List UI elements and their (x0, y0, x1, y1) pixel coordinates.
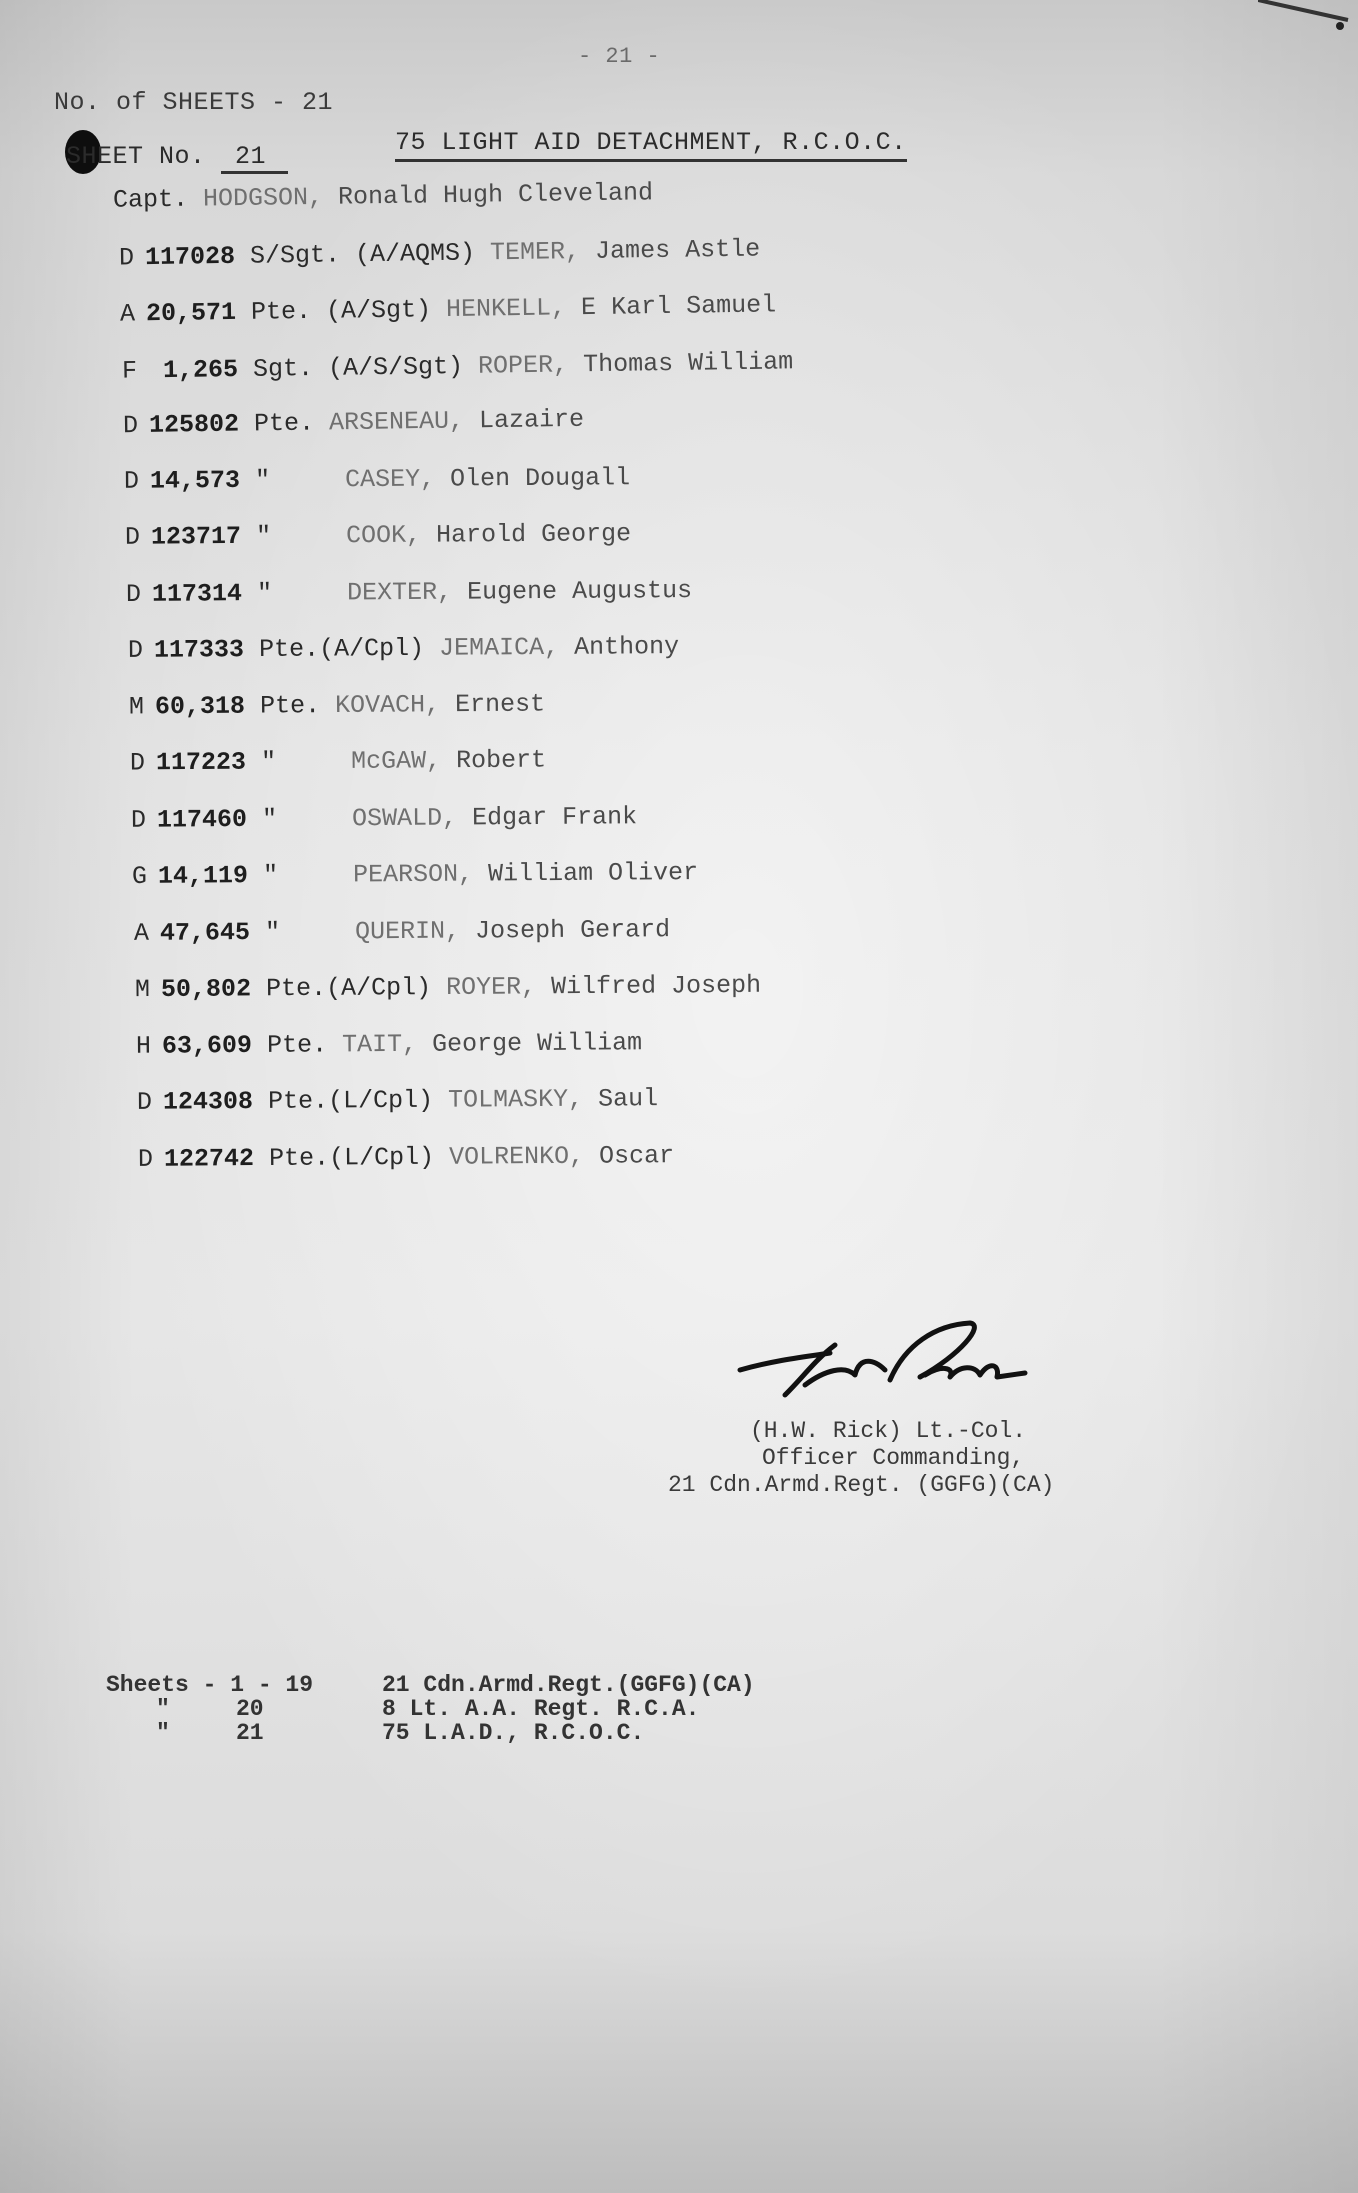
surname: ARSENEAU, (329, 406, 479, 437)
service-number: 60,318 (155, 691, 260, 721)
roster-entry: H63,609 Pte. TAIT, George William (136, 1028, 642, 1061)
service-number: 14,119 (158, 861, 263, 891)
given-names: Joseph Gerard (475, 915, 670, 945)
signatory-unit: 21 Cdn.Armd.Regt. (GGFG)(CA) (668, 1472, 1054, 1498)
service-number: 124308 (163, 1087, 268, 1117)
service-number: 117028 (145, 241, 250, 271)
rank: " (265, 917, 355, 947)
sheet-number: 21 (221, 142, 288, 174)
service-letter: M (135, 975, 161, 1004)
unit-title: 75 LIGHT AID DETACHMENT, R.C.O.C. (395, 128, 907, 162)
given-names: James Astle (595, 234, 760, 265)
rank: " (262, 804, 352, 834)
rank: Pte. (254, 408, 329, 438)
service-number: 20,571 (146, 298, 251, 328)
rank: Pte. (260, 691, 335, 721)
given-names: Robert (456, 746, 546, 776)
surname: QUERIN, (355, 916, 475, 946)
given-names: Olen Dougall (450, 463, 630, 493)
sheet-unit: 75 L.A.D., R.C.O.C. (382, 1720, 644, 1746)
service-letter: D (131, 805, 157, 834)
surname: DEXTER, (347, 577, 467, 607)
ditto-mark: " (156, 1720, 170, 1746)
surname: TOLMASKY, (448, 1085, 598, 1115)
surname: KOVACH, (335, 690, 455, 720)
roster-entry: D117333 Pte.(A/Cpl) JEMAICA, Anthony (127, 632, 678, 665)
given-names: Thomas William (582, 347, 792, 379)
roster-entry: D124308 Pte.(L/Cpl) TOLMASKY, Saul (137, 1084, 658, 1117)
rank: Pte.(L/Cpl) (269, 1142, 449, 1172)
service-number: 122742 (164, 1143, 269, 1173)
roster-entry: D123717 " COOK, Harold George (125, 519, 631, 552)
surname: CASEY, (345, 464, 450, 494)
signatory-title: Officer Commanding, (762, 1445, 1024, 1471)
rank: Pte.(L/Cpl) (268, 1086, 448, 1116)
surname: McGAW, (351, 746, 456, 776)
rank: Pte.(A/Cpl) (259, 634, 439, 664)
service-number: 47,645 (159, 917, 264, 947)
surname: COOK, (346, 521, 436, 551)
given-names: George William (432, 1028, 642, 1058)
service-letter: D (130, 748, 156, 777)
roster-entry: G14,119 " PEARSON, William Oliver (132, 858, 698, 891)
rank: Capt. (113, 185, 203, 215)
sheet-unit: 21 Cdn.Armd.Regt.(GGFG)(CA) (382, 1672, 755, 1698)
service-number: 14,573 (150, 465, 255, 495)
given-names: Oscar (599, 1141, 674, 1171)
service-letter: A (120, 299, 146, 328)
service-number: 123717 (151, 522, 256, 552)
roster-entry: D117223 " McGAW, Robert (130, 746, 546, 778)
surname: ROYER, (446, 972, 551, 1002)
rank: Pte.(A/Cpl) (266, 973, 446, 1003)
rank: " (256, 521, 346, 551)
service-letter: D (127, 636, 153, 665)
service-letter: D (123, 411, 149, 440)
service-number: 117460 (157, 804, 262, 834)
rank: " (257, 578, 347, 608)
given-names: Eugene Augustus (467, 576, 692, 607)
sheets-label: Sheets - 1 - 19 (106, 1672, 313, 1698)
corner-ink-mark (1258, 0, 1358, 30)
rank: " (263, 860, 353, 890)
service-letter: D (124, 466, 150, 495)
roster-entry: M50,802 Pte.(A/Cpl) ROYER, Wilfred Josep… (135, 971, 761, 1004)
service-letter: D (137, 1088, 163, 1117)
service-letter: D (126, 579, 152, 608)
sheet-label: SHEET No. (66, 142, 206, 171)
service-letter: M (129, 692, 155, 721)
roster-entry: A47,645 " QUERIN, Joseph Gerard (133, 915, 669, 948)
service-letter: D (138, 1144, 164, 1173)
roster-entry: D122742 Pte.(L/Cpl) VOLRENKO, Oscar (138, 1141, 674, 1174)
rank: Sgt. (A/S/Sgt) (252, 351, 477, 383)
page-number: - 21 - (578, 44, 660, 69)
sheet-unit: 8 Lt. A.A. Regt. R.C.A. (382, 1696, 699, 1722)
surname: TEMER, (490, 236, 595, 266)
surname: OSWALD, (352, 803, 472, 833)
service-number: 63,609 (162, 1030, 267, 1060)
sheet-number-line: SHEET No. 21 (66, 142, 288, 174)
signature-image (735, 1315, 1035, 1415)
given-names: Harold George (436, 519, 631, 549)
service-letter: F (121, 356, 147, 385)
surname: PEARSON, (353, 859, 488, 889)
surname: TAIT, (342, 1029, 432, 1059)
rank: Pte. (267, 1030, 342, 1060)
given-names: Ronald Hugh Cleveland (338, 178, 653, 211)
rank: S/Sgt. (A/AQMS) (250, 238, 490, 270)
given-names: William Oliver (488, 858, 698, 888)
service-letter: H (136, 1031, 162, 1060)
rank: " (261, 747, 351, 777)
rank: Pte. (A/Sgt) (251, 295, 446, 327)
surname: VOLRENKO, (449, 1141, 599, 1171)
service-number: 117223 (156, 748, 261, 778)
rank: " (255, 465, 345, 495)
given-names: Anthony (574, 632, 679, 662)
ditto-mark: " (156, 1696, 170, 1722)
service-number: 125802 (149, 409, 254, 439)
given-names: Ernest (455, 689, 545, 719)
given-names: Wilfred Joseph (551, 971, 761, 1001)
roster-entry: D117460 " OSWALD, Edgar Frank (131, 802, 637, 835)
surname: HODGSON, (203, 183, 338, 214)
signatory-name: (H.W. Rick) Lt.-Col. (750, 1418, 1026, 1444)
given-names: E Karl Samuel (581, 290, 776, 322)
service-letter: G (132, 862, 158, 891)
service-number: 50,802 (161, 974, 266, 1004)
sheet-range: 20 (236, 1696, 264, 1722)
service-letter: D (125, 523, 151, 552)
given-names: Edgar Frank (472, 802, 637, 832)
roster-entry: D117314 " DEXTER, Eugene Augustus (126, 576, 692, 609)
given-names: Saul (598, 1084, 658, 1113)
roster-entry: D14,573 " CASEY, Olen Dougall (124, 463, 630, 496)
service-number: 117314 (152, 579, 257, 609)
sheet-range: 21 (236, 1720, 264, 1746)
given-names: Lazaire (479, 405, 584, 435)
surname: HENKELL, (446, 293, 581, 324)
service-number: 1,265 (147, 354, 252, 384)
roster-entry: M60,318 Pte. KOVACH, Ernest (129, 689, 545, 721)
service-number: 117333 (153, 635, 258, 665)
number-of-sheets: No. of SHEETS - 21 (54, 88, 333, 117)
surname: JEMAICA, (439, 633, 574, 663)
service-letter: D (119, 243, 145, 272)
surname: ROPER, (477, 350, 582, 380)
service-letter: A (133, 918, 159, 947)
